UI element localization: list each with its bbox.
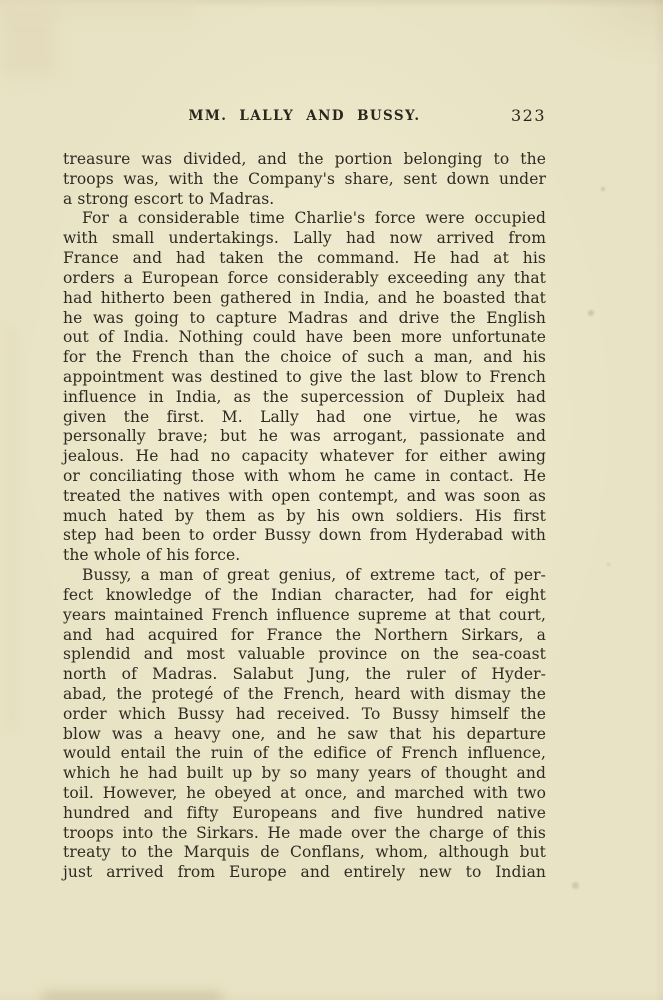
text-line: splendid and most valuable province on t… — [63, 645, 546, 665]
text-line: troops into the Sirkars. He made over th… — [63, 824, 546, 844]
text-line: France and had taken the command. He had… — [63, 249, 546, 269]
text-line: For a considerable time Charlie's force … — [63, 209, 546, 229]
text-line: just arrived from Europe and entirely ne… — [63, 863, 546, 883]
text-line: order which Bussy had received. To Bussy… — [63, 705, 546, 725]
text-line: blow was a heavy one, and he saw that hi… — [63, 725, 546, 745]
page-edge-shadow-top — [0, 0, 195, 19]
text-line: had hitherto been gathered in India, and… — [63, 289, 546, 309]
text-line: treasure was divided, and the portion be… — [63, 150, 546, 170]
page-edge-shadow-bottom — [42, 992, 222, 1000]
paper-speck — [607, 563, 610, 566]
paper-speck — [601, 187, 605, 191]
text-line: would entail the ruin of the edifice of … — [63, 744, 546, 764]
text-line: much hated by them as by his own soldier… — [63, 507, 546, 527]
text-line: and had acquired for France the Northern… — [63, 626, 546, 646]
text-line: or conciliating those with whom he came … — [63, 467, 546, 487]
running-title: MM. LALLY AND BUSSY. — [63, 108, 546, 124]
text-line: north of Madras. Salabut Jung, the ruler… — [63, 665, 546, 685]
text-line: with small undertakings. Lally had now a… — [63, 229, 546, 249]
text-line: for the French than the choice of such a… — [63, 348, 546, 368]
text-line: the whole of his force. — [63, 546, 546, 566]
text-line: troops was, with the Company's share, se… — [63, 170, 546, 190]
text-line: treaty to the Marquis de Conflans, whom,… — [63, 843, 546, 863]
paper-speck — [572, 882, 579, 889]
text-line: out of India. Nothing could have been mo… — [63, 328, 546, 348]
text-line: Bussy, a man of great genius, of extreme… — [63, 566, 546, 586]
text-line: appointment was destined to give the las… — [63, 368, 546, 388]
text-line: hundred and fifty Europeans and five hun… — [63, 804, 546, 824]
text-line: toil. However, he obeyed at once, and ma… — [63, 784, 546, 804]
text-line: step had been to order Bussy down from H… — [63, 526, 546, 546]
text-line: years maintained French influence suprem… — [63, 606, 546, 626]
text-line: abad, the protegé of the French, heard w… — [63, 685, 546, 705]
text-line: fect knowledge of the Indian character, … — [63, 586, 546, 606]
text-line: jealous. He had no capacity whatever for… — [63, 447, 546, 467]
page-header: MM. LALLY AND BUSSY. 323 — [63, 106, 546, 126]
paper-speck — [588, 310, 594, 316]
page-body: treasure was divided, and the portion be… — [63, 150, 546, 883]
book-page-scan: MM. LALLY AND BUSSY. 323 treasure was di… — [0, 0, 663, 1000]
page-curve-shadow-left — [7, 330, 16, 730]
text-line: which he had built up by so many years o… — [63, 764, 546, 784]
text-line: he was going to capture Madras and drive… — [63, 309, 546, 329]
text-line: personally brave; but he was arrogant, p… — [63, 427, 546, 447]
text-line: orders a European force considerably exc… — [63, 269, 546, 289]
text-line: a strong escort to Madras. — [63, 190, 546, 210]
text-line: given the first. M. Lally had one virtue… — [63, 408, 546, 428]
text-line: influence in India, as the supercession … — [63, 388, 546, 408]
page-number: 323 — [511, 106, 546, 125]
text-line: treated the natives with open contempt, … — [63, 487, 546, 507]
